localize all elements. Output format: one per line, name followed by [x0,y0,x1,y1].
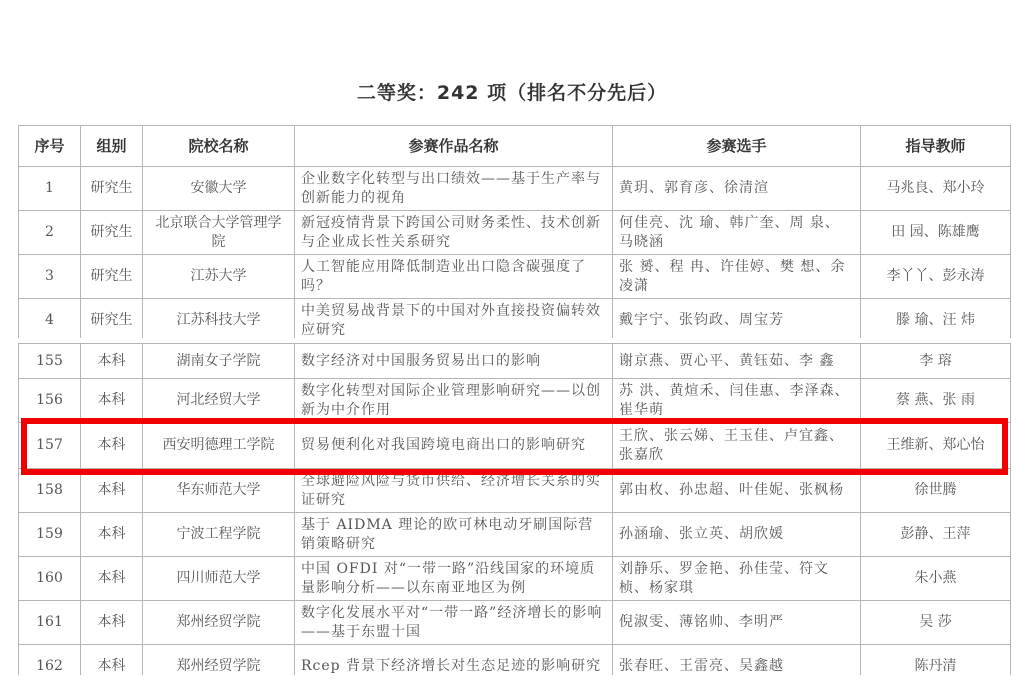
table-row: 161 本科 郑州经贸学院 数字化发展水平对“一带一路”经济增长的影响——基于东… [19,601,1011,645]
cell-school: 西安明德理工学院 [143,423,295,469]
cell-no: 156 [19,379,81,423]
cell-work: 中美贸易战背景下的中国对外直接投资偏转效应研究 [295,299,613,343]
cell-group: 本科 [81,557,143,601]
cell-no: 159 [19,513,81,557]
cell-group: 本科 [81,601,143,645]
cell-students: 张 赟、程 冉、许佳婷、樊 想、余凌潇 [613,255,861,299]
cell-group: 本科 [81,469,143,513]
bottom-crop [0,675,1024,682]
table-row: 2 研究生 北京联合大学管理学院 新冠疫情背景下跨国公司财务柔性、技术创新与企业… [19,211,1011,255]
cell-teachers: 滕 瑜、汪 炜 [861,299,1011,343]
cell-group: 本科 [81,344,143,379]
cell-school: 河北经贸大学 [143,379,295,423]
cell-school: 江苏科技大学 [143,299,295,343]
cell-teachers: 田 园、陈雄鹰 [861,211,1011,255]
cell-school: 北京联合大学管理学院 [143,211,295,255]
cell-school: 安徽大学 [143,167,295,211]
awards-table-bottom: 155 本科 湖南女子学院 数字经济对中国服务贸易出口的影响 谢京燕、贾心平、黄… [18,343,1011,682]
cell-group: 本科 [81,379,143,423]
cell-group: 研究生 [81,211,143,255]
cell-no: 3 [19,255,81,299]
cell-students: 倪淑雯、薄铭帅、李明严 [613,601,861,645]
cell-no: 155 [19,344,81,379]
cell-work: 数字化发展水平对“一带一路”经济增长的影响——基于东盟十国 [295,601,613,645]
table-row: 155 本科 湖南女子学院 数字经济对中国服务贸易出口的影响 谢京燕、贾心平、黄… [19,344,1011,379]
cell-group: 研究生 [81,299,143,343]
cell-teachers: 彭静、王萍 [861,513,1011,557]
cell-teachers: 马兆良、郑小玲 [861,167,1011,211]
header-students: 参赛选手 [613,126,861,167]
header-group: 组别 [81,126,143,167]
cell-work: 企业数字化转型与出口绩效——基于生产率与创新能力的视角 [295,167,613,211]
awards-table-top: 序号 组别 院校名称 参赛作品名称 参赛选手 指导教师 1 研究生 安徽大学 企… [18,125,1011,343]
table-row: 1 研究生 安徽大学 企业数字化转型与出口绩效——基于生产率与创新能力的视角 黄… [19,167,1011,211]
cell-work: 数字经济对中国服务贸易出口的影响 [295,344,613,379]
cell-group: 研究生 [81,255,143,299]
cell-students: 苏 洪、黄煊禾、闫佳惠、李泽森、崔华萌 [613,379,861,423]
cell-teachers: 王维新、郑心怡 [861,423,1011,469]
cell-teachers: 李丫丫、彭永涛 [861,255,1011,299]
header-teachers: 指导教师 [861,126,1011,167]
header-school: 院校名称 [143,126,295,167]
table-row: 160 本科 四川师范大学 中国 OFDI 对“一带一路”沿线国家的环境质量影响… [19,557,1011,601]
cell-teachers: 李 瑢 [861,344,1011,379]
cell-school: 郑州经贸学院 [143,601,295,645]
header-no: 序号 [19,126,81,167]
cell-school: 湖南女子学院 [143,344,295,379]
cell-group: 研究生 [81,167,143,211]
table-row: 4 研究生 江苏科技大学 中美贸易战背景下的中国对外直接投资偏转效应研究 戴宇宁… [19,299,1011,343]
cell-teachers: 朱小燕 [861,557,1011,601]
cell-no: 157 [19,423,81,469]
cell-work: 贸易便利化对我国跨境电商出口的影响研究 [295,423,613,469]
cell-work: 中国 OFDI 对“一带一路”沿线国家的环境质量影响分析——以东南亚地区为例 [295,557,613,601]
cell-students: 戴宇宁、张钧政、周宝芳 [613,299,861,343]
cell-school: 华东师范大学 [143,469,295,513]
cell-no: 160 [19,557,81,601]
cell-no: 161 [19,601,81,645]
cell-no: 1 [19,167,81,211]
cell-students: 谢京燕、贾心平、黄钰茹、李 鑫 [613,344,861,379]
cell-work: 新冠疫情背景下跨国公司财务柔性、技术创新与企业成长性关系研究 [295,211,613,255]
cell-school: 四川师范大学 [143,557,295,601]
cell-students: 黄玥、郭育彦、徐清渲 [613,167,861,211]
cell-work: 数字化转型对国际企业管理影响研究——以创新为中介作用 [295,379,613,423]
cell-teachers: 徐世腾 [861,469,1011,513]
table-row-highlighted: 157 本科 西安明德理工学院 贸易便利化对我国跨境电商出口的影响研究 王欣、张… [19,423,1011,469]
cell-teachers: 蔡 燕、张 雨 [861,379,1011,423]
cell-group: 本科 [81,423,143,469]
cell-teachers: 吴 莎 [861,601,1011,645]
page-title: 二等奖：242 项（排名不分先后） [0,78,1024,105]
cell-students: 刘静乐、罗金艳、孙佳莹、符文桢、杨家琪 [613,557,861,601]
cell-school: 江苏大学 [143,255,295,299]
table-row: 158 本科 华东师范大学 全球避险风险与货币供给、经济增长关系的实证研究 郭由… [19,469,1011,513]
table-row: 159 本科 宁波工程学院 基于 AIDMA 理论的欧可林电动牙刷国际营销策略研… [19,513,1011,557]
cell-no: 2 [19,211,81,255]
cell-school: 宁波工程学院 [143,513,295,557]
cell-work: 全球避险风险与货币供给、经济增长关系的实证研究 [295,469,613,513]
cell-work: 基于 AIDMA 理论的欧可林电动牙刷国际营销策略研究 [295,513,613,557]
table-row: 3 研究生 江苏大学 人工智能应用降低制造业出口隐含碳强度了吗？ 张 赟、程 冉… [19,255,1011,299]
cell-students: 郭由枚、孙忠超、叶佳妮、张枫杨 [613,469,861,513]
table-header-row: 序号 组别 院校名称 参赛作品名称 参赛选手 指导教师 [19,126,1011,167]
header-work: 参赛作品名称 [295,126,613,167]
cell-no: 4 [19,299,81,343]
cell-work: 人工智能应用降低制造业出口隐含碳强度了吗？ [295,255,613,299]
table-row: 156 本科 河北经贸大学 数字化转型对国际企业管理影响研究——以创新为中介作用… [19,379,1011,423]
cell-students: 何佳亮、沈 瑜、韩广奎、周 泉、马晓涵 [613,211,861,255]
cell-no: 158 [19,469,81,513]
cell-group: 本科 [81,513,143,557]
cell-students: 孙涵瑜、张立英、胡欣媛 [613,513,861,557]
cell-students: 王欣、张云娣、王玉佳、卢宜鑫、张嘉欣 [613,423,861,469]
